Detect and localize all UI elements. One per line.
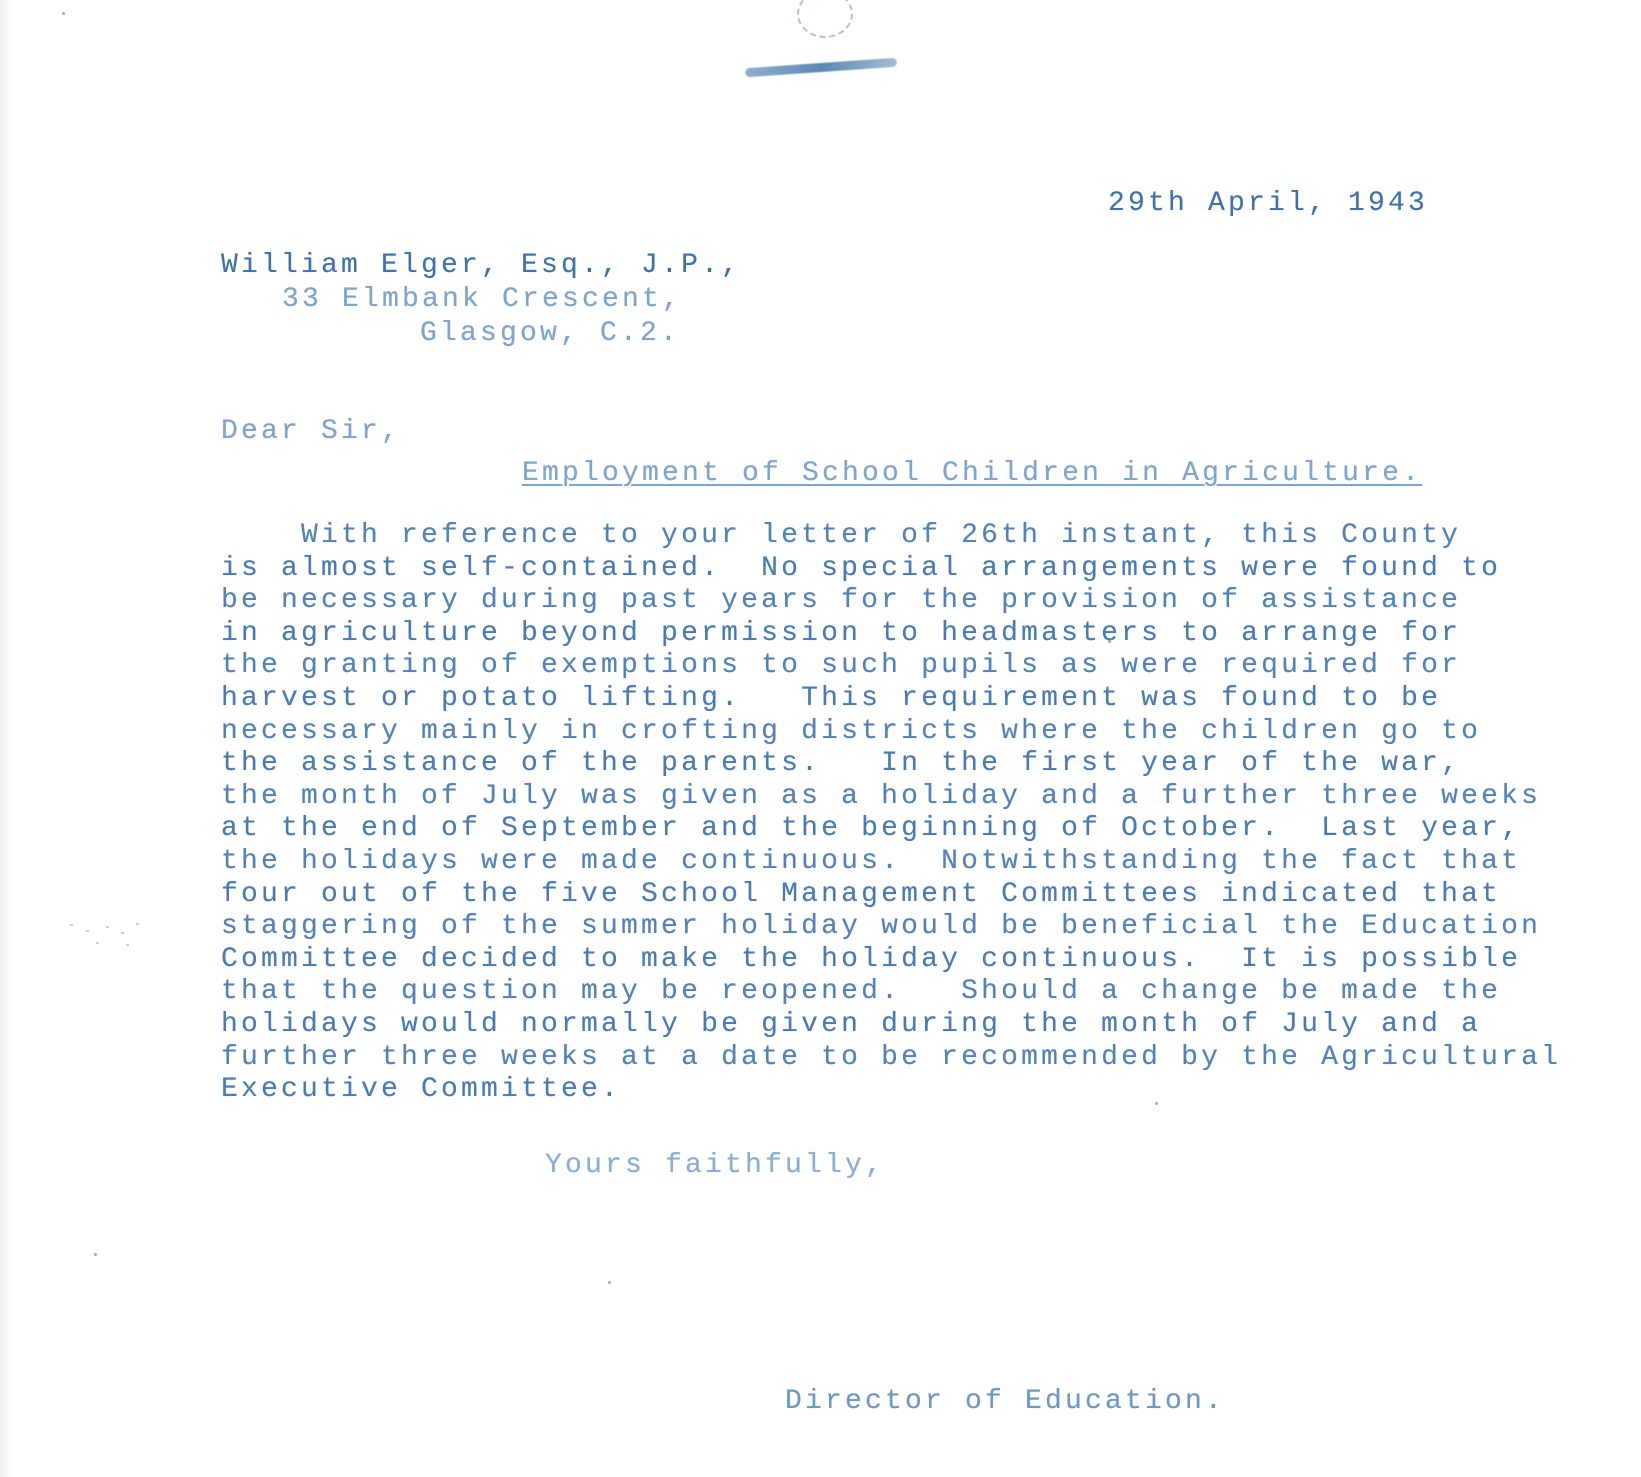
body-line: in agriculture beyond permission to head…	[221, 618, 1561, 651]
letter-page: 29th April, 1943 William Elger, Esq., J.…	[0, 0, 1641, 1477]
letter-date: 29th April, 1943	[1108, 188, 1428, 220]
punch-hole-mark	[797, 0, 853, 38]
paper-speck	[62, 12, 65, 15]
paper-speck	[608, 1281, 611, 1284]
body-line: the granting of exemptions to such pupil…	[221, 650, 1561, 683]
body-line: four out of the five School Management C…	[221, 879, 1561, 912]
body-line: Executive Committee.	[221, 1074, 1561, 1107]
salutation: Dear Sir,	[221, 416, 401, 448]
body-line: be necessary during past years for the p…	[221, 585, 1561, 618]
recipient-city: Glasgow, C.2.	[420, 318, 680, 350]
subject-heading: Employment of School Children in Agricul…	[522, 458, 1422, 490]
paper-speck	[1155, 1102, 1158, 1105]
body-line: further three weeks at a date to be reco…	[221, 1042, 1561, 1075]
letter-body: With reference to your letter of 26th in…	[221, 520, 1561, 1107]
body-line: With reference to your letter of 26th in…	[221, 520, 1561, 553]
body-line: at the end of September and the beginnin…	[221, 813, 1561, 846]
paper-speck	[1108, 640, 1111, 643]
closing: Yours faithfully,	[545, 1150, 885, 1182]
paper-speck	[94, 1253, 97, 1256]
body-line: holidays would normally be given during …	[221, 1009, 1561, 1042]
recipient-name: William Elger, Esq., J.P.,	[221, 250, 741, 282]
body-line: the month of July was given as a holiday…	[221, 781, 1561, 814]
page-edge-shadow	[0, 0, 14, 1477]
body-line: Committee decided to make the holiday co…	[221, 944, 1561, 977]
body-line: is almost self-contained. No special arr…	[221, 553, 1561, 586]
body-line: the assistance of the parents. In the fi…	[221, 748, 1561, 781]
crayon-stroke-mark	[745, 58, 897, 78]
body-line: that the question may be reopened. Shoul…	[221, 976, 1561, 1009]
recipient-street: 33 Elmbank Crescent,	[282, 284, 682, 316]
signature-title: Director of Education.	[785, 1386, 1225, 1418]
body-line: harvest or potato lifting. This requirem…	[221, 683, 1561, 716]
body-line: staggering of the summer holiday would b…	[221, 911, 1561, 944]
margin-pencil-mark	[66, 920, 156, 950]
body-line: the holidays were made continuous. Notwi…	[221, 846, 1561, 879]
body-line: necessary mainly in crofting districts w…	[221, 716, 1561, 749]
